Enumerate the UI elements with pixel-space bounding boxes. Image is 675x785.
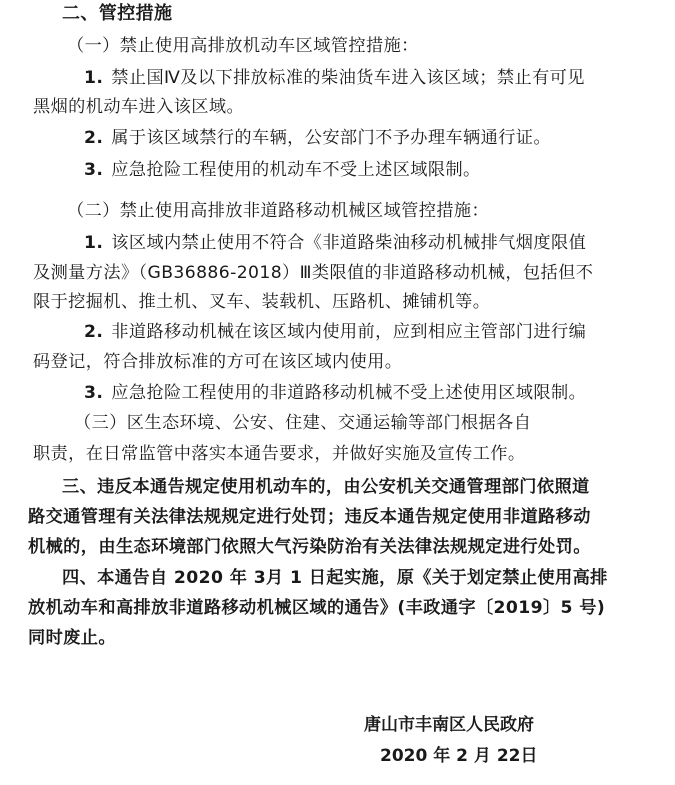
subsection-1-title: （一）禁止使用高排放机动车区域管控措施：: [67, 35, 419, 57]
section-4-line-1: 四、本通告自 2020 年 3月 1 日起实施，原《关于划定禁止使用高排: [62, 567, 608, 589]
sub1-item-1-line-2: 黑烟的机动车进入该区域。: [33, 96, 244, 118]
sub1-item-2: 2.属于该区域禁行的车辆，公安部门不予办理车辆通行证。: [84, 127, 551, 149]
issue-date: 2020 年 2 月 22日: [380, 741, 537, 766]
section-3-line-1: 三、违反本通告规定使用机动车的，由公安机关交通管理部门依照道: [62, 476, 590, 498]
subsection-3-line-2: 职责，在日常监管中落实本通告要求，并做好实施及宣传工作。: [33, 443, 525, 465]
sub2-item-2-line-1: 2.非道路移动机械在该区域内使用前，应到相应主管部门进行编: [84, 321, 586, 343]
section-3-line-3: 机械的，由生态环境部门依照大气污染防治有关法律法规规定进行处罚。: [28, 536, 591, 558]
sub2-item-2-line-2: 码登记，符合排放标准的方可在该区域内使用。: [33, 351, 402, 373]
sub2-item-3: 3.应急抢险工程使用的非道路移动机械不受上述使用区域限制。: [84, 382, 586, 404]
sub2-item-1-line-3: 限于挖掘机、推土机、叉车、装载机、压路机、摊铺机等。: [33, 291, 490, 313]
section-heading-control-measures: 二、管控措施: [62, 3, 172, 25]
sub2-item-1-line-1: 1.该区域内禁止使用不符合《非道路柴油移动机械排气烟度限值: [84, 232, 586, 254]
subsection-2-title: （二）禁止使用高排放非道路移动机械区域管控措施：: [67, 200, 489, 222]
section-4-line-3: 同时废止。: [28, 627, 116, 649]
subsection-3-line-1: （三）区生态环境、公安、住建、交通运输等部门根据各自: [74, 412, 531, 434]
sub1-item-3: 3.应急抢险工程使用的机动车不受上述区域限制。: [84, 159, 481, 181]
issuer-name: 唐山市丰南区人民政府: [364, 710, 534, 735]
sub2-item-1-line-2: 及测量方法》（GB36886-2018）Ⅲ类限值的非道路移动机械，包括但不: [33, 262, 593, 284]
sub1-item-1-line-1: 1.禁止国Ⅳ及以下排放标准的柴油货车进入该区域；禁止有可见: [84, 67, 585, 89]
section-4-line-2: 放机动车和高排放非道路移动机械区域的通告》(丰政通字〔2019〕5 号): [28, 597, 605, 619]
section-3-line-2: 路交通管理有关法律法规规定进行处罚；违反本通告规定使用非道路移动: [28, 506, 591, 528]
